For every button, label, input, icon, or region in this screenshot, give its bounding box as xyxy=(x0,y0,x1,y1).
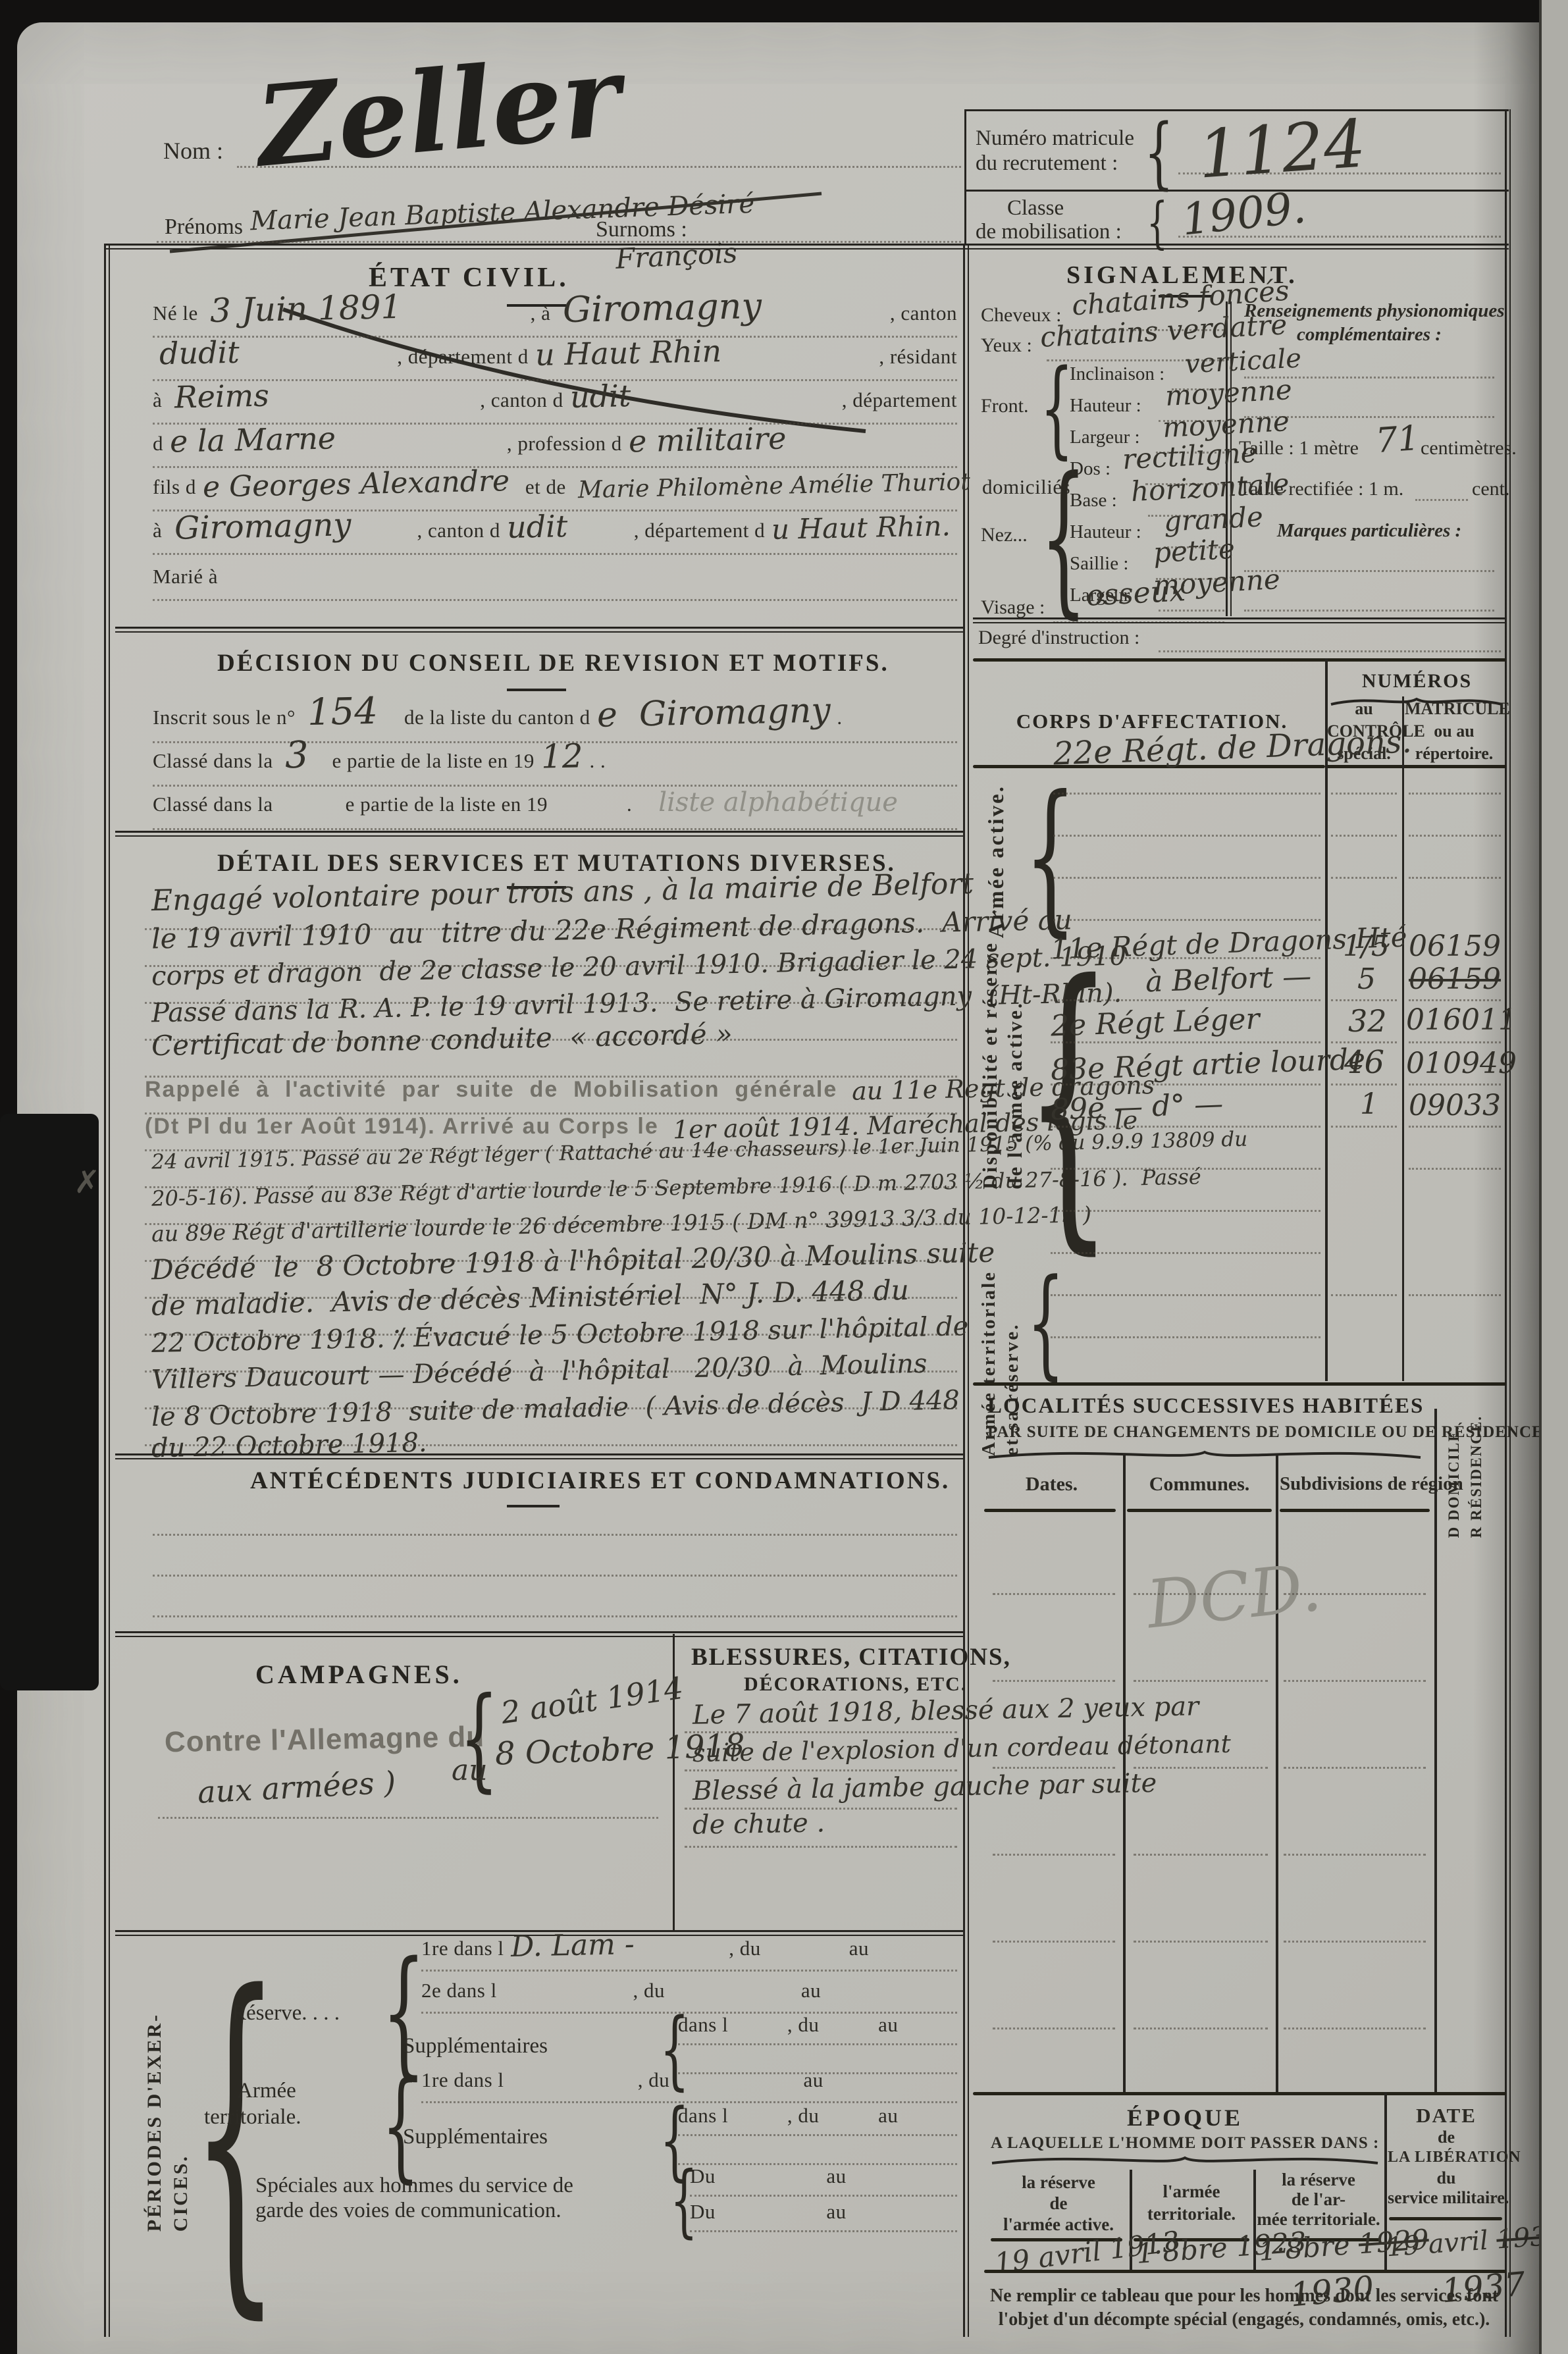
nez-label: Nez... xyxy=(981,524,1028,546)
text-segment: Marié à xyxy=(153,565,218,588)
text-segment: Rappelé à l'activité par suite de Mobili… xyxy=(145,1077,837,1103)
text-segment: e partie de la liste en 19 xyxy=(332,749,535,773)
periodes-side-label-line2: CICES. xyxy=(170,2013,192,2232)
corps-dot-3 xyxy=(1053,877,1320,879)
territoriale-supp-label: Supplémentaires xyxy=(403,2125,548,2149)
etat-civil-row-4: de la Marne, profession de militaire xyxy=(153,432,957,468)
loc-dot-4b xyxy=(1134,1854,1268,1856)
dispo-row5-corps: 89e — d° — xyxy=(1050,1087,1224,1126)
ctrl-dot-1 xyxy=(1331,793,1397,795)
disponibilite-label-line1: Disponibilité et réserve xyxy=(978,941,1002,1190)
reserve-label: Réserve. . . . xyxy=(232,2001,340,2026)
epoque-title: ÉPOQUE xyxy=(991,2104,1379,2132)
loc-dot-1b xyxy=(1134,1593,1268,1595)
services-line-5: Certificat de bonne conduite « accordé » xyxy=(145,1040,957,1078)
text-segment: de maladie. Avis de décès Ministériel N°… xyxy=(145,1290,916,1307)
text-segment: Du xyxy=(690,2164,716,2188)
text-segment: d xyxy=(153,432,163,456)
nez-dot-1 xyxy=(1145,483,1224,485)
speciales-row-2: Duau xyxy=(690,2200,957,2232)
epoque-col2-line1: l'armée xyxy=(1132,2182,1251,2202)
controle-col-line xyxy=(1325,658,1328,1381)
epoque-top-rule xyxy=(973,2092,1506,2095)
text-segment: 1re dans l xyxy=(421,2068,504,2092)
antecedents-line-3 xyxy=(153,1615,957,1617)
dispo-dot-5 xyxy=(1051,1126,1320,1128)
dispo-row5-ctrl: 1 xyxy=(1360,1087,1378,1121)
visage-value: osseux xyxy=(1085,574,1186,613)
text-segment: , canton d xyxy=(417,519,500,542)
signalement-bottom-rule xyxy=(973,617,1506,623)
localites-col-line-3 xyxy=(1434,1409,1437,2092)
loc-dot-5c xyxy=(1284,1941,1426,1943)
epoque-value-3-pre: 1·8bre xyxy=(1258,2228,1351,2267)
text-segment: au xyxy=(804,2068,823,2092)
degre-dotted xyxy=(1159,650,1501,652)
surnoms-label: Surnoms : xyxy=(596,217,687,242)
blessures-dotted-2 xyxy=(685,1769,957,1771)
text-segment: Né le xyxy=(153,301,203,325)
dispo-ctrl-dot-3 xyxy=(1331,1041,1397,1043)
decision-row-2: Classé dans la 3e partie de la liste en … xyxy=(153,749,957,787)
text-segment: fils d xyxy=(153,475,196,499)
nez-dot-3 xyxy=(1164,546,1224,548)
reserve-supp-label: Supplémentaires xyxy=(403,2034,548,2058)
dispo-row2-ctrl: 5 xyxy=(1357,962,1376,996)
header-box-left-rule xyxy=(964,109,966,245)
etat-civil-bottom-rule xyxy=(115,627,963,633)
epoque-note-2: l'objet d'un décompte spécial (engagés, … xyxy=(987,2309,1501,2330)
text-segment: au xyxy=(826,2200,846,2224)
blessures-dotted-3 xyxy=(685,1808,957,1810)
epoque-col1-line2: de xyxy=(991,2193,1126,2214)
text-segment: 3 xyxy=(278,755,315,756)
disponibilite-label: Disponibilité et réserve de l'armée acti… xyxy=(978,941,1027,1190)
text-segment: 12 xyxy=(535,756,590,757)
terr-ctrl-dot-1 xyxy=(1331,1294,1397,1296)
antecedents-title: ANTÉCÉDENTS JUDICIAIRES ET CONDAMNATIONS… xyxy=(250,1467,950,1495)
next-page-edge xyxy=(1539,0,1568,2354)
epoque-note-1: Ne remplir ce tableau que pour les homme… xyxy=(987,2286,1501,2307)
epoque-col1-line1: la réserve xyxy=(991,2172,1126,2193)
loc-dot-4c xyxy=(1284,1854,1426,1856)
text-segment: dans l xyxy=(678,2104,728,2128)
dispo-dot-8 xyxy=(1051,1252,1320,1254)
armee-territoriale-brace: { xyxy=(1027,1264,1064,1382)
renseignements-label-2: complémentaires : xyxy=(1244,324,1494,346)
decision-divider xyxy=(507,689,566,691)
corps-top-rule xyxy=(973,658,1506,662)
loc-dot-6c xyxy=(1284,2027,1426,2029)
rens-dot-1 xyxy=(1244,377,1494,379)
localites-title: LOCALITÉS SUCCESSIVES HABITÉES xyxy=(987,1394,1422,1419)
localites-head-rule-1 xyxy=(984,1509,1116,1512)
text-segment: du 22 Octobre 1918. xyxy=(145,1442,434,1448)
margin-cross-mark: ✗ xyxy=(74,1164,100,1201)
text-segment: à xyxy=(153,519,168,542)
text-segment: 22 Octobre 1918. ⁒ Évacué le 5 Octobre 1… xyxy=(145,1326,975,1344)
nez-base-label: Base : xyxy=(1070,490,1117,511)
text-segment: 3 Juin 1891 xyxy=(203,307,408,311)
text-segment: dudit xyxy=(153,352,246,354)
marques-dot-2 xyxy=(1244,610,1494,612)
etat-civil-row-6: à Giromagny, canton dudit, département d… xyxy=(153,519,957,555)
localites-col-communes: Communes. xyxy=(1127,1473,1272,1496)
text-segment: Décédé le 8 Octobre 1918 à l'hôpital 20/… xyxy=(145,1252,1001,1270)
antecedents-line-1 xyxy=(153,1534,957,1536)
dispo-dot-3 xyxy=(1051,1041,1320,1043)
localites-subtitle: PAR SUITE DE CHANGEMENTS DE DOMICILE OU … xyxy=(987,1423,1422,1442)
front-hauteur-label: Hauteur : xyxy=(1070,395,1141,417)
nez-dos-label: Dos : xyxy=(1070,458,1111,480)
text-segment: , à xyxy=(531,301,556,325)
speciales-label-1: Spéciales aux hommes du service de xyxy=(255,2174,573,2198)
text-segment: dans l xyxy=(678,2013,728,2037)
etat-civil-row-5: fils de Georges Alexandreet de Marie Phi… xyxy=(153,475,957,511)
matricule-label-2: du recrutement : xyxy=(976,151,1118,176)
dispo-ctrl-dot-5 xyxy=(1331,1126,1397,1128)
text-segment: Du xyxy=(690,2200,716,2224)
loc-dot-2c xyxy=(1284,1680,1426,1682)
text-segment: , canton d xyxy=(480,388,563,412)
campagnes-stamp: Contre l'Allemagne du xyxy=(165,1721,485,1759)
frame-top-rule xyxy=(104,244,1509,249)
text-segment: udit xyxy=(563,396,637,397)
localites-head-rule-3 xyxy=(1280,1509,1430,1512)
loc-dot-4a xyxy=(993,1854,1115,1856)
front-dot-2 xyxy=(1159,420,1224,422)
text-segment: et de xyxy=(525,475,571,499)
prenoms-label: Prénoms xyxy=(165,215,243,240)
nez-dot-2 xyxy=(1148,515,1224,517)
text-segment: le 19 avril 1910 au titre du 22e Régimen… xyxy=(145,920,1079,939)
classe-label-1: Classe xyxy=(1007,196,1064,221)
nez-dot-5 xyxy=(1159,610,1224,612)
etat-civil-row-3: à Reims, canton dudit, département xyxy=(153,388,957,425)
degre-instruction-label: Degré d'instruction : xyxy=(978,627,1139,649)
dispo-row3-ctrl: 32 xyxy=(1348,1003,1387,1039)
terr-dot-2 xyxy=(1051,1336,1320,1338)
text-segment: . . xyxy=(590,749,606,773)
prenoms-value-2: François xyxy=(615,236,738,275)
campagnes-au: au xyxy=(452,1754,488,1787)
blessures-dotted-4 xyxy=(685,1846,957,1848)
epoque-col2-line2: territoriale. xyxy=(1132,2204,1251,2224)
blessures-dotted-1 xyxy=(685,1731,957,1733)
dispo-row4-ctrl: 46 xyxy=(1344,1044,1384,1081)
text-segment: Classé dans la xyxy=(153,793,273,816)
text-segment: Reims xyxy=(168,395,276,397)
front-inclinaison-label: Inclinaison : xyxy=(1070,363,1164,385)
blessures-line-4: de chute . xyxy=(693,1808,825,1841)
speciales-row-1: Duau xyxy=(690,2164,957,2197)
etat-civil-row-1: Né le 3 Juin 1891, à Giromagny, canton xyxy=(153,301,957,338)
text-segment: D. Lam - xyxy=(504,1945,641,1947)
domicile-label: D DOMICILE. xyxy=(1446,1415,1463,1538)
classe-brace: { xyxy=(1147,195,1168,250)
loc-dot-2b xyxy=(1134,1680,1268,1682)
text-segment: , du xyxy=(638,2068,670,2092)
loc-dot-1c xyxy=(1284,1593,1426,1595)
controle-header-1: au xyxy=(1327,699,1401,719)
text-segment: de la liste du canton d xyxy=(404,706,590,729)
dispo-dot-7 xyxy=(1051,1210,1320,1212)
loc-dot-3a xyxy=(993,1767,1115,1769)
text-segment: au xyxy=(878,2013,898,2037)
armee-active-label: Armée active. xyxy=(985,785,1009,938)
campagnes-dotted xyxy=(158,1817,658,1819)
loc-dot-6b xyxy=(1134,2027,1268,2029)
text-segment: Giromagny xyxy=(556,306,768,311)
text-segment: à xyxy=(153,388,168,412)
taille-value: 71 xyxy=(1374,419,1421,461)
antecedents-line-2 xyxy=(153,1575,957,1577)
text-segment: au xyxy=(849,1937,869,1960)
text-segment: Certificat de bonne conduite « accordé » xyxy=(145,1034,739,1047)
text-segment: au xyxy=(826,2164,846,2188)
localites-col-dates: Dates. xyxy=(984,1473,1119,1496)
text-segment: , du xyxy=(787,2013,820,2037)
periodes-side-label: PÉRIODES D'EXER- CICES. xyxy=(144,2013,192,2232)
loc-dot-3b xyxy=(1134,1767,1268,1769)
services-line-6: Rappelé à l'activité par suite de Mobili… xyxy=(145,1077,957,1114)
campagnes-title: CAMPAGNES. xyxy=(255,1659,463,1690)
dispo-ctrl-dot-2 xyxy=(1331,999,1397,1001)
front-label: Front. xyxy=(981,395,1029,417)
dispo-ctrl-dot-4 xyxy=(1331,1084,1397,1085)
matricule-label-1: Numéro matricule xyxy=(976,126,1134,151)
etat-civil-row-2: dudit, département du Haut Rhin, résidan… xyxy=(153,345,957,381)
text-segment: e la Marne xyxy=(163,438,342,442)
nez-saillie-value: petite xyxy=(1153,533,1236,569)
taille-rectifiee-label: Taille rectifiée : 1 m. xyxy=(1239,478,1403,500)
ctrl-dot-2 xyxy=(1331,835,1397,837)
text-segment: Villers Daucourt — Décédé à l'hôpital 20… xyxy=(145,1363,933,1380)
text-segment: , département xyxy=(842,388,957,412)
text-segment: , profession d xyxy=(507,432,622,456)
reserve-supp-row: dans l, duau xyxy=(678,2013,957,2045)
epoque-bottom-rule xyxy=(984,2270,1506,2273)
marques-label: Marques particulières : xyxy=(1244,520,1494,542)
matricule-col-line xyxy=(1402,696,1404,1381)
text-segment: 154 xyxy=(301,712,384,714)
classe-label-2: de mobilisation : xyxy=(976,220,1122,244)
text-segment: . xyxy=(837,706,842,729)
text-segment: Inscrit sous le n° xyxy=(153,706,301,729)
taille-label: Taille : 1 mètre xyxy=(1239,437,1359,459)
text-segment: le 8 Octobre 1918 suite de maladie ( Avi… xyxy=(145,1400,966,1417)
decision-row-3: Classé dans lae partie de la liste en 19… xyxy=(153,793,957,830)
dispo-dot-4 xyxy=(1051,1084,1320,1085)
antecedents-bottom-rule xyxy=(115,1631,963,1637)
renseignements-label-1: Renseignements physionomiques xyxy=(1244,300,1494,322)
binding-shadow xyxy=(1473,22,1539,2354)
dispo-row2-corps: à Belfort — xyxy=(1145,960,1312,999)
loc-dot-1a xyxy=(993,1593,1115,1595)
text-segment: Engagé volontaire pour trois ans , à la … xyxy=(145,884,980,902)
loc-dot-2a xyxy=(993,1680,1115,1682)
front-dot-1 xyxy=(1172,388,1224,390)
text-segment: Giromagny xyxy=(168,525,357,529)
text-segment: , du xyxy=(787,2104,820,2128)
text-segment: au xyxy=(878,2104,898,2128)
epoque-brace-curve xyxy=(991,2153,1379,2168)
text-segment: 1re dans l xyxy=(421,1937,504,1960)
text-segment: udit xyxy=(500,526,574,527)
epoque-col3-line3: mée territoriale. xyxy=(1256,2209,1381,2230)
dispo-dot-2 xyxy=(1051,999,1320,1001)
text-segment: , canton xyxy=(890,301,957,325)
blessures-title-2: DÉCORATIONS, ETC. xyxy=(744,1673,967,1696)
text-segment: e militaire xyxy=(622,438,793,441)
text-segment: e partie de la liste en 19 xyxy=(346,793,548,816)
epoque-col3-line1: la réserve xyxy=(1256,2170,1381,2190)
text-segment: u Haut Rhin xyxy=(529,351,728,355)
scanned-military-register-page: { "header": { "nom_label": "Nom :", "sig… xyxy=(0,0,1568,2354)
text-segment: u Haut Rhin. xyxy=(765,526,957,530)
speciales-label-2: garde des voies de communication. xyxy=(255,2199,562,2223)
text-segment: Classé dans la xyxy=(153,749,278,773)
localites-col-subdivisions: Subdivisions de région xyxy=(1280,1473,1431,1495)
terr-dot-1 xyxy=(1051,1294,1320,1296)
loc-dot-3c xyxy=(1284,1767,1426,1769)
antecedents-divider xyxy=(507,1505,560,1507)
localites-top-rule xyxy=(973,1382,1506,1386)
matricule-value: 1124 xyxy=(1195,105,1368,193)
corps-dot-2 xyxy=(1053,835,1320,837)
blessures-title-1: BLESSURES, CITATIONS, xyxy=(691,1643,1011,1671)
text-segment: , département d xyxy=(397,345,528,369)
corps-dot-1 xyxy=(1053,793,1320,795)
nez-saillie-label: Saillie : xyxy=(1070,553,1128,575)
decision-bottom-rule xyxy=(115,831,963,837)
loc-dot-6a xyxy=(993,2027,1115,2029)
header-box-top-rule xyxy=(964,109,1509,111)
dispo-row1-ctrl: 1/5 xyxy=(1343,929,1390,963)
services-bottom-rule xyxy=(115,1453,963,1459)
dispo-dot-1 xyxy=(1051,957,1320,959)
matricule-brace: { xyxy=(1144,113,1174,191)
text-segment: au xyxy=(801,1979,821,2002)
frame-left-rule xyxy=(104,244,110,2337)
text-segment: e Georges Alexandre xyxy=(196,481,516,488)
rens-dot-2 xyxy=(1244,416,1494,418)
loc-dot-5b xyxy=(1134,1941,1268,1943)
text-segment: 2e dans l xyxy=(421,1979,497,2002)
reserve-row-1: 1re dans lD. Lam -, duau xyxy=(421,1937,957,1972)
text-segment: e Giromagny xyxy=(590,710,837,716)
etat-civil-row-7: Marié à xyxy=(153,565,957,601)
localites-col-line-2 xyxy=(1276,1455,1278,2092)
frame-center-divider xyxy=(963,244,969,2337)
text-segment: , département d xyxy=(634,519,765,542)
decision-title: DÉCISION DU CONSEIL DE REVISION ET MOTIF… xyxy=(217,649,889,677)
loc-dot-5a xyxy=(993,1941,1115,1943)
localites-brace-curve xyxy=(987,1447,1422,1463)
taille-rect-dotted xyxy=(1415,499,1468,501)
nez-hauteur-label: Hauteur : xyxy=(1070,521,1141,543)
territoriale-supp-row: dans l, duau xyxy=(678,2104,957,2136)
periodes-side-label-line1: PÉRIODES D'EXER- xyxy=(144,2013,166,2232)
armee-active-brace: { xyxy=(1024,774,1077,939)
localites-head-rule-2 xyxy=(1127,1509,1272,1512)
localites-col-line-1 xyxy=(1123,1455,1126,2092)
text-segment: , résidant xyxy=(879,345,957,369)
epoque-col1-line3: l'armée active. xyxy=(991,2214,1126,2235)
text-segment: Marie Philomène Amélie Thuriot xyxy=(571,483,977,491)
epoque-subtitle: A LAQUELLE L'HOMME DOIT PASSER DANS : xyxy=(991,2134,1379,2153)
territoriale-label-2: territoriale. xyxy=(204,2105,301,2130)
prenoms-dotted-line xyxy=(157,241,961,243)
yeux-label: Yeux : xyxy=(981,334,1032,357)
disponibilite-label-line2: de l'armée active. xyxy=(1003,941,1027,1190)
armee-active-label-text: Armée active. xyxy=(985,785,1009,938)
territoriale-label-1: Armée xyxy=(237,2079,296,2103)
text-segment: , du xyxy=(729,1937,761,1960)
visage-label: Visage : xyxy=(981,596,1045,619)
ctrl-dot-3 xyxy=(1331,877,1397,879)
dispo-dot-6 xyxy=(1051,1168,1320,1170)
epoque-col3-line2: de l'ar- xyxy=(1256,2189,1381,2210)
marques-dot-1 xyxy=(1244,570,1494,572)
text-segment: . xyxy=(627,793,632,816)
text-segment: (Dt Pl du 1er Août 1914). Arrivé au Corp… xyxy=(145,1114,666,1139)
